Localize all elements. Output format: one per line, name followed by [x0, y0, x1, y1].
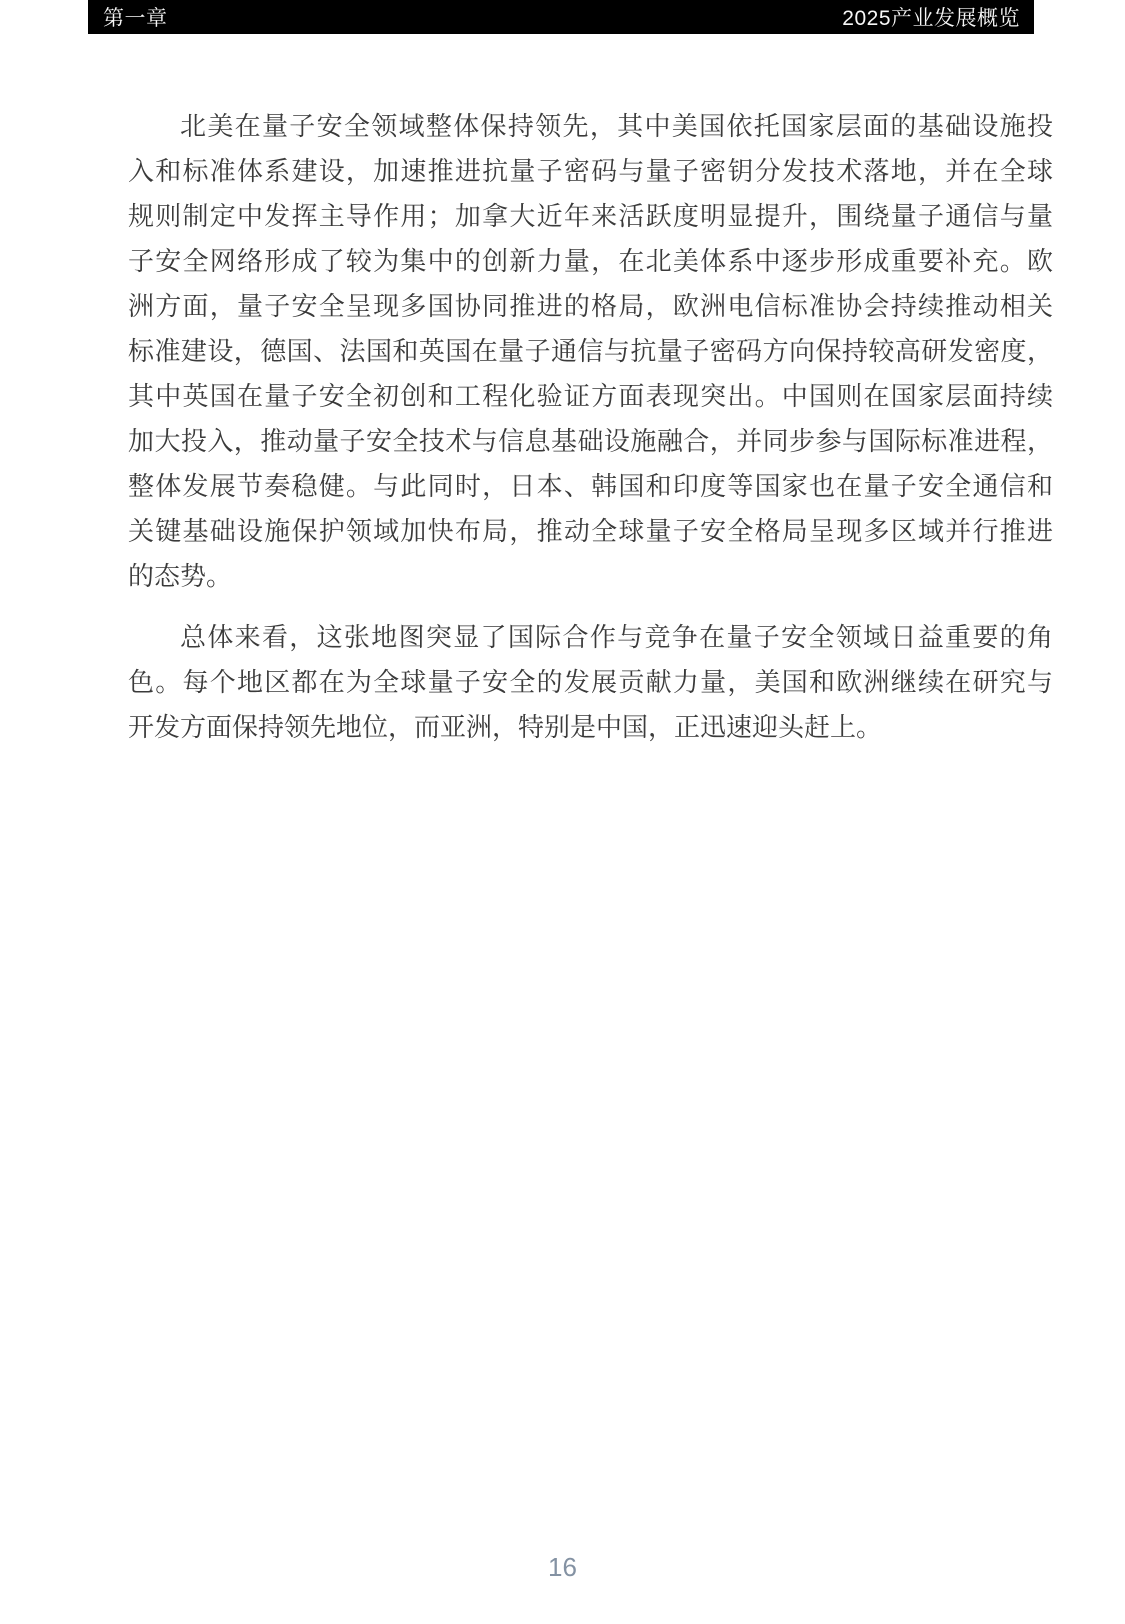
paragraph-line: 总体来看，这张地图突显了国际合作与竞争在量子安全领域日益重要的角 — [128, 615, 1053, 660]
report-title: 2025产业发展概览 — [842, 2, 1020, 32]
paragraph-line: 关键基础设施保护领域加快布局，推动全球量子安全格局呈现多区域并行推进 — [128, 509, 1053, 554]
document-page: 第一章 2025产业发展概览 北美在量子安全领域整体保持领先，其中美国依托国家层… — [0, 0, 1125, 1624]
paragraph-line: 加大投入，推动量子安全技术与信息基础设施融合，并同步参与国际标准进程， — [128, 419, 1053, 464]
paragraph-2: 总体来看，这张地图突显了国际合作与竞争在量子安全领域日益重要的角 色。每个地区都… — [128, 615, 1053, 750]
paragraph-line: 的态势。 — [128, 554, 1053, 599]
paragraph-line: 其中英国在量子安全初创和工程化验证方面表现突出。中国则在国家层面持续 — [128, 374, 1053, 419]
body-text-column: 北美在量子安全领域整体保持领先，其中美国依托国家层面的基础设施投 入和标准体系建… — [128, 104, 1053, 750]
paragraph-line: 洲方面，量子安全呈现多国协同推进的格局，欧洲电信标准协会持续推动相关 — [128, 284, 1053, 329]
chapter-label: 第一章 — [103, 2, 168, 32]
paragraph-line: 色。每个地区都在为全球量子安全的发展贡献力量，美国和欧洲继续在研究与 — [128, 660, 1053, 705]
paragraph-line: 标准建设，德国、法国和英国在量子通信与抗量子密码方向保持较高研发密度， — [128, 329, 1053, 374]
paragraph-line: 北美在量子安全领域整体保持领先，其中美国依托国家层面的基础设施投 — [128, 104, 1053, 149]
paragraph-line: 开发方面保持领先地位，而亚洲，特别是中国，正迅速迎头赶上。 — [128, 705, 1053, 750]
paragraph-line: 规则制定中发挥主导作用；加拿大近年来活跃度明显提升，围绕量子通信与量 — [128, 194, 1053, 239]
chapter-header-bar: 第一章 2025产业发展概览 — [88, 0, 1034, 34]
paragraph-1: 北美在量子安全领域整体保持领先，其中美国依托国家层面的基础设施投 入和标准体系建… — [128, 104, 1053, 599]
page-number: 16 — [0, 1552, 1125, 1583]
paragraph-line: 子安全网络形成了较为集中的创新力量，在北美体系中逐步形成重要补充。欧 — [128, 239, 1053, 284]
paragraph-line: 入和标准体系建设，加速推进抗量子密码与量子密钥分发技术落地，并在全球 — [128, 149, 1053, 194]
paragraph-line: 整体发展节奏稳健。与此同时，日本、韩国和印度等国家也在量子安全通信和 — [128, 464, 1053, 509]
